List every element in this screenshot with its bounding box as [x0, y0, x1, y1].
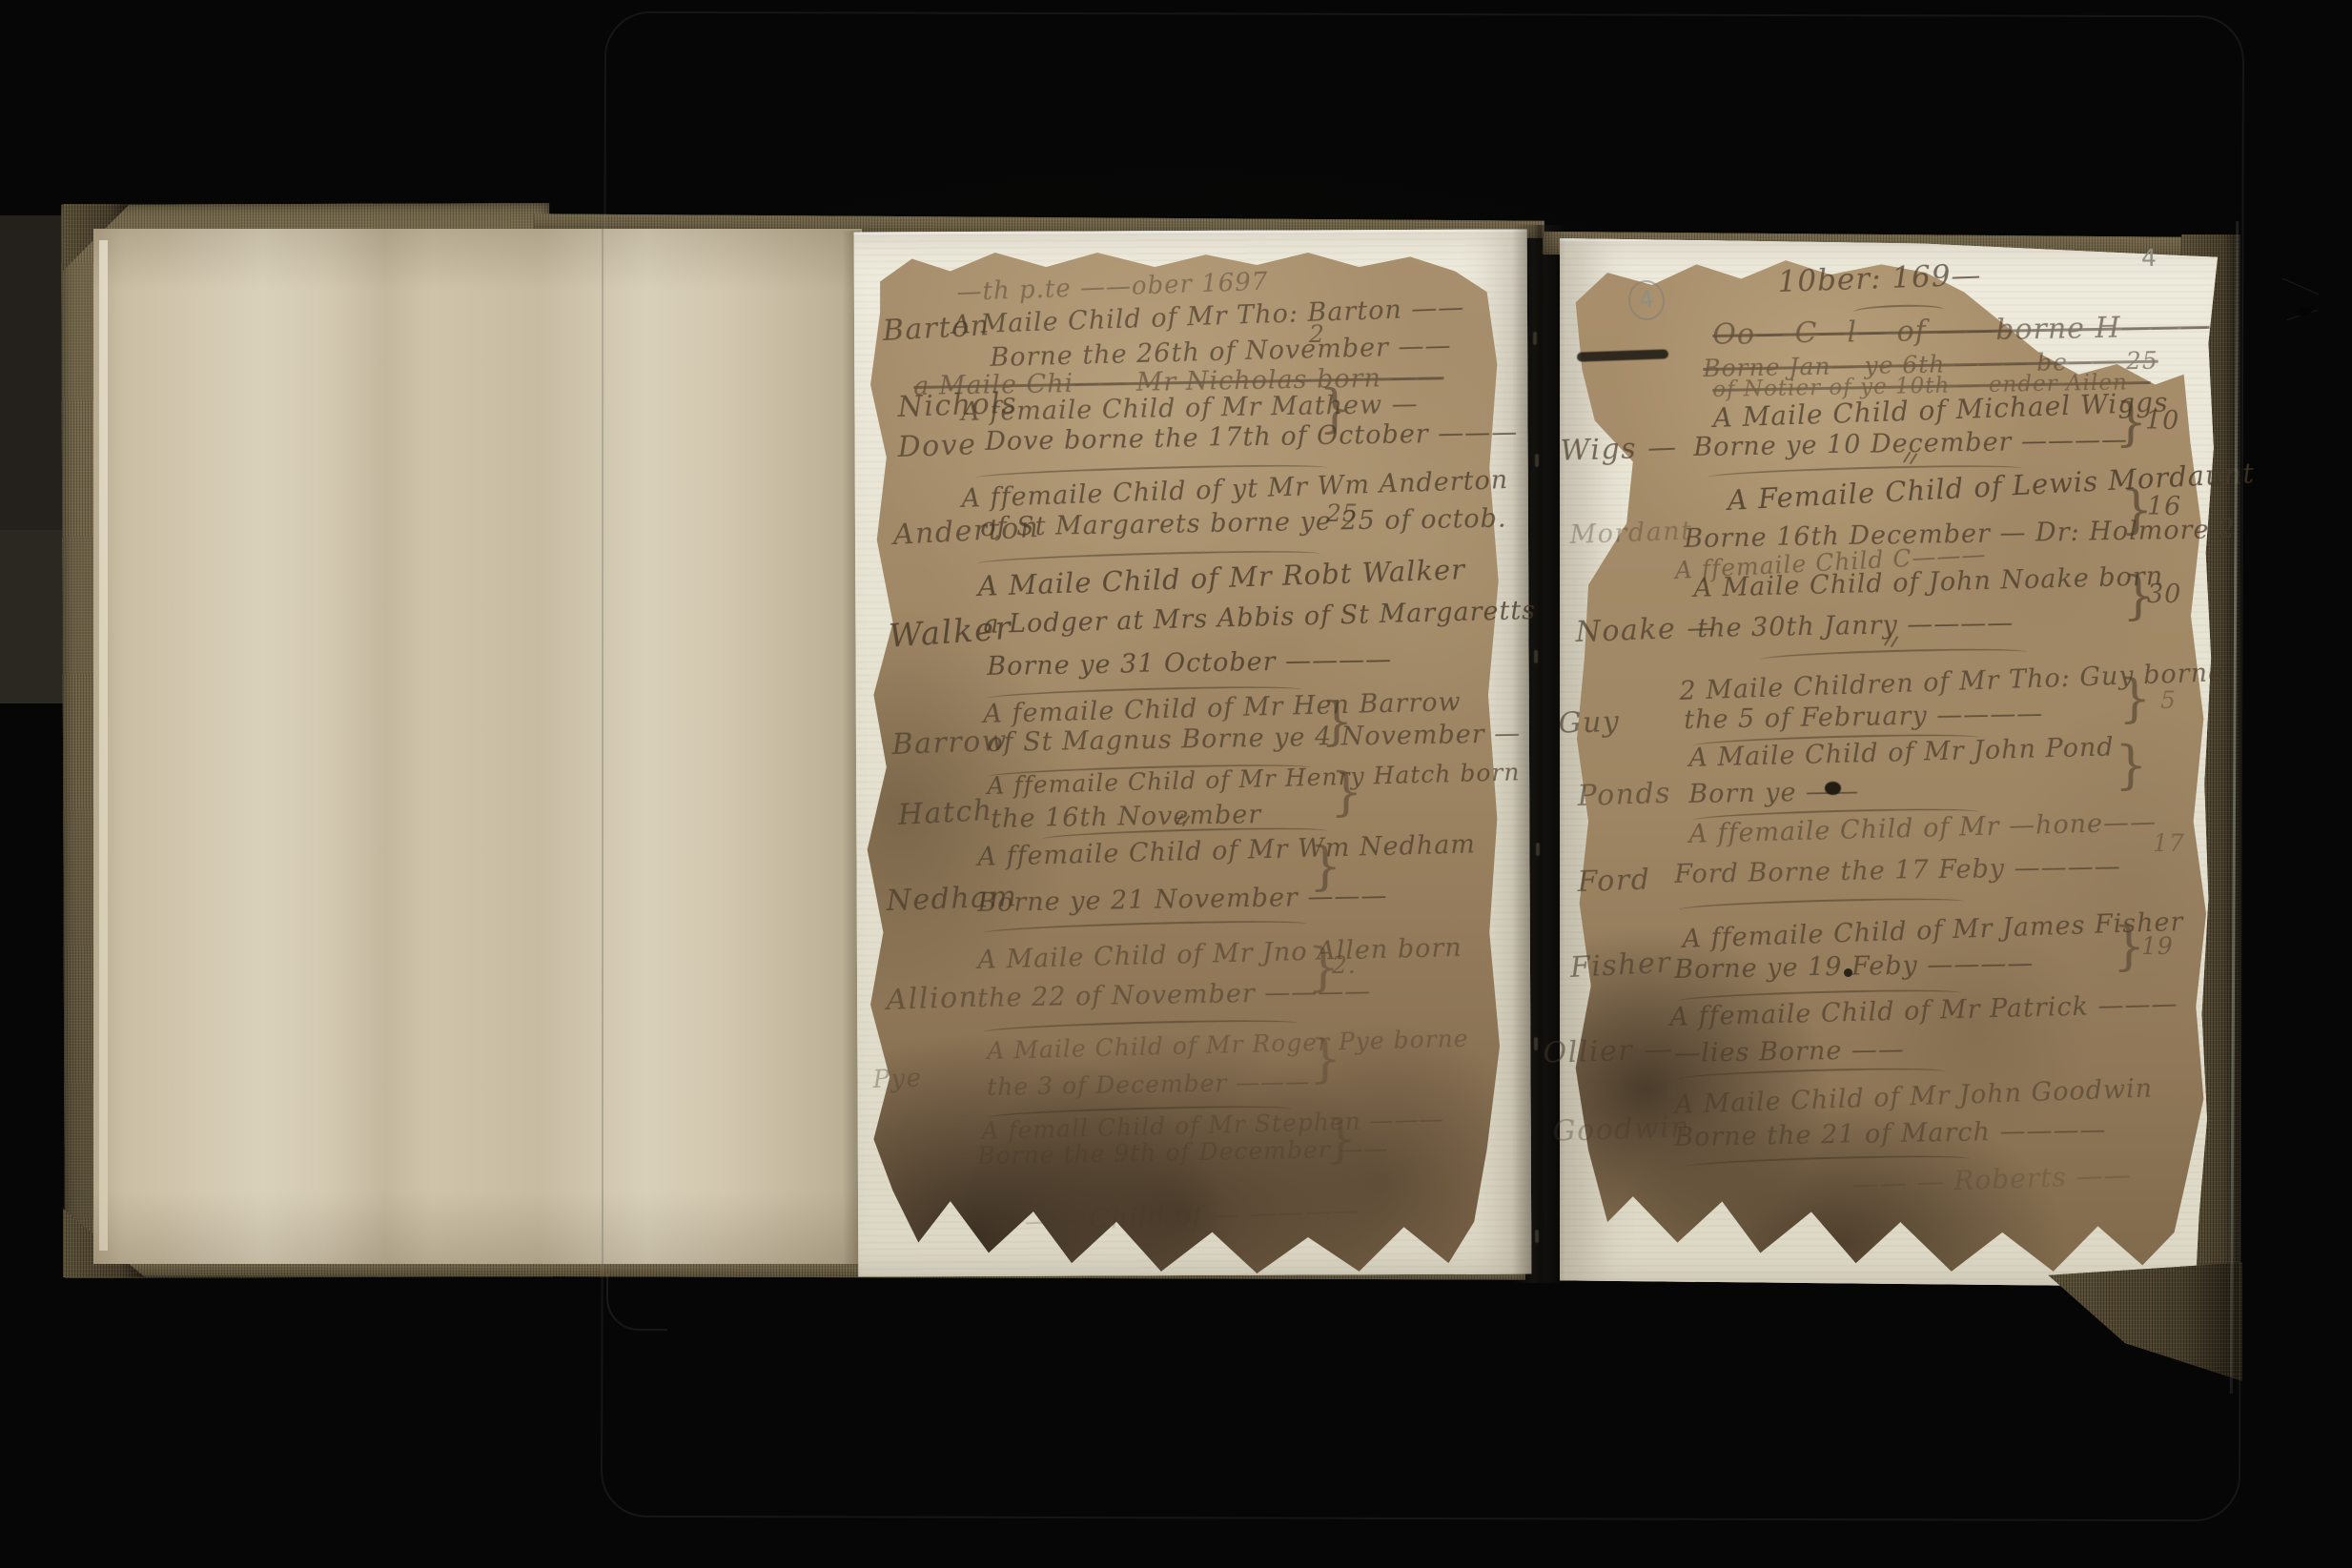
book-cradle-lower: [0, 530, 63, 703]
photograph-of-open-register-book: —th p.te ——ober 1697 Barton A Maile Chil…: [0, 0, 2352, 1568]
plexiglass-sheet-outline: [601, 11, 2244, 1521]
plexiglass-left-edge: [602, 229, 603, 1270]
book-cradle-upper: [0, 215, 63, 530]
flyleaf-edge-sliver: [99, 240, 108, 1251]
